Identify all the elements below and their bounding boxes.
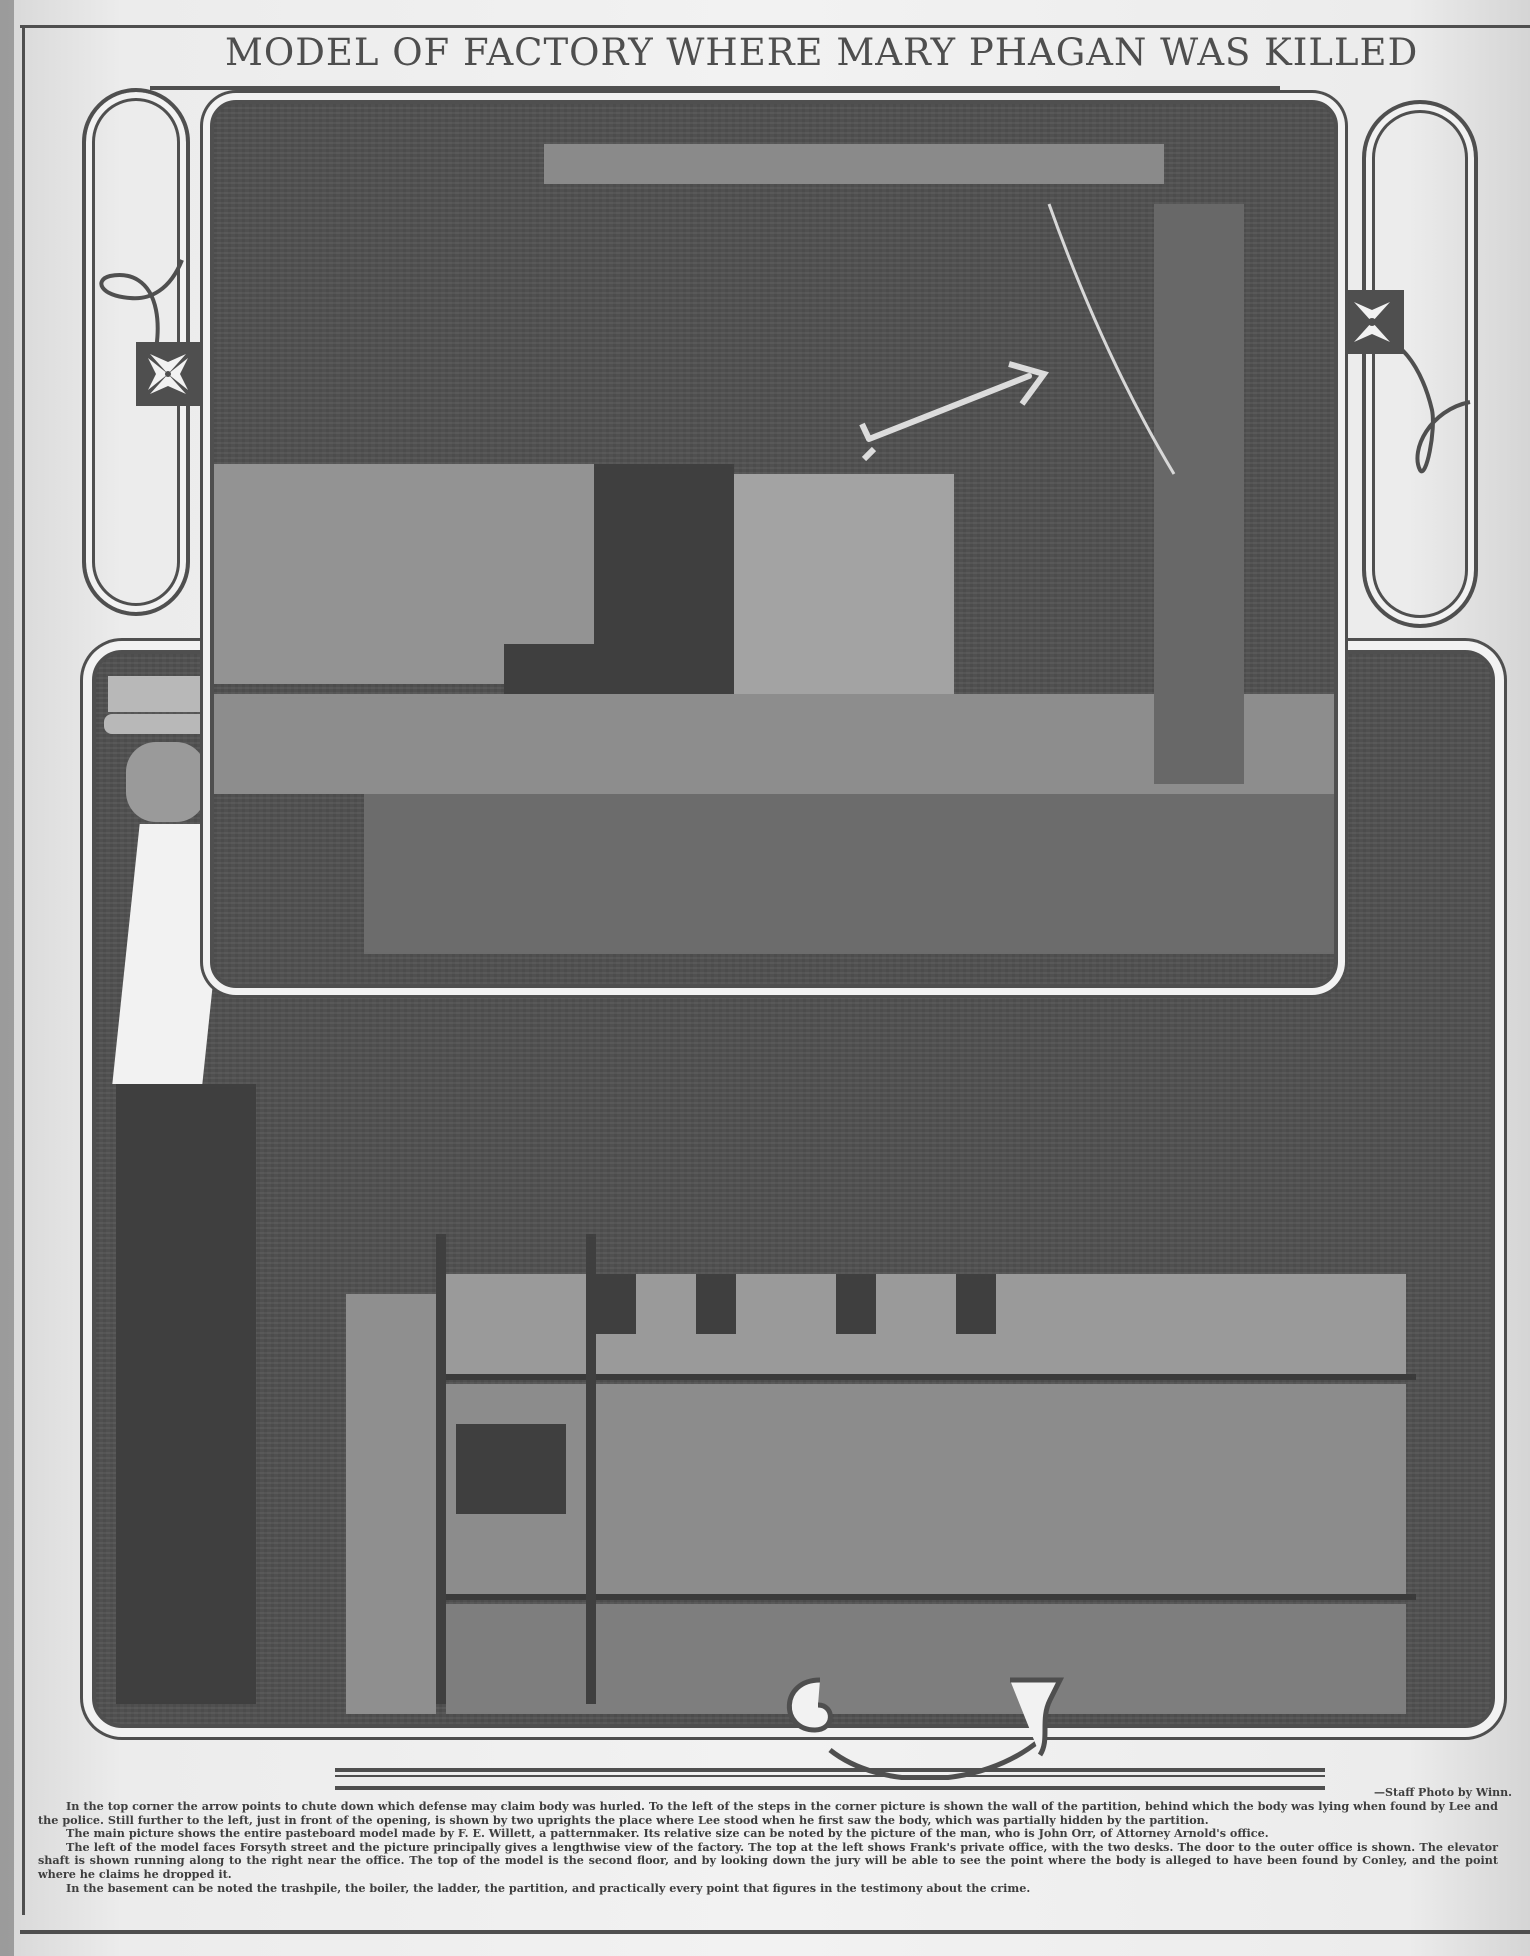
title-under-rule (150, 86, 1280, 90)
model-window-3 (836, 1274, 876, 1334)
model-floor-2 (436, 1594, 1416, 1600)
model-window-2 (696, 1274, 736, 1334)
model-window-4 (956, 1274, 996, 1334)
bottom-border-rule (20, 1930, 1530, 1934)
base-rule-ornament (335, 1768, 1325, 1790)
bottom-scroll-ornament-icon (760, 1660, 1120, 1780)
caption-paragraph: In the basement can be noted the trashpi… (38, 1882, 1498, 1896)
model-floor-1 (436, 1374, 1416, 1380)
newspaper-page: MODEL OF FACTORY WHERE MARY PHAGAN WAS K… (0, 0, 1530, 1956)
model-middle-door (456, 1424, 566, 1514)
caption-paragraph: The main picture shows the entire pasteb… (38, 1827, 1498, 1841)
caption-paragraph: The left of the model faces Forsyth stre… (38, 1841, 1498, 1882)
left-border-rule (22, 25, 25, 1915)
man-hat-crown (108, 676, 208, 712)
model-upright-post-2 (586, 1234, 596, 1704)
model-upright-post-1 (436, 1234, 446, 1704)
page-edge-shadow (0, 0, 14, 1956)
headline: MODEL OF FACTORY WHERE MARY PHAGAN WAS K… (225, 28, 1335, 78)
caption-paragraph: In the top corner the arrow points to ch… (38, 1800, 1498, 1827)
right-flower-tile-icon (1340, 290, 1404, 354)
chute-line (214, 104, 1334, 984)
top-inset-photo: arrow-icon (210, 100, 1338, 988)
model-left-end-arches (346, 1294, 436, 1714)
photo-credit: —Staff Photo by Winn. (1374, 1786, 1512, 1799)
caption-text: In the top corner the arrow points to ch… (38, 1800, 1498, 1895)
man-trousers (116, 1084, 256, 1704)
left-flower-tile-icon (136, 342, 200, 406)
model-window-1 (596, 1274, 636, 1334)
man-face (126, 742, 206, 822)
